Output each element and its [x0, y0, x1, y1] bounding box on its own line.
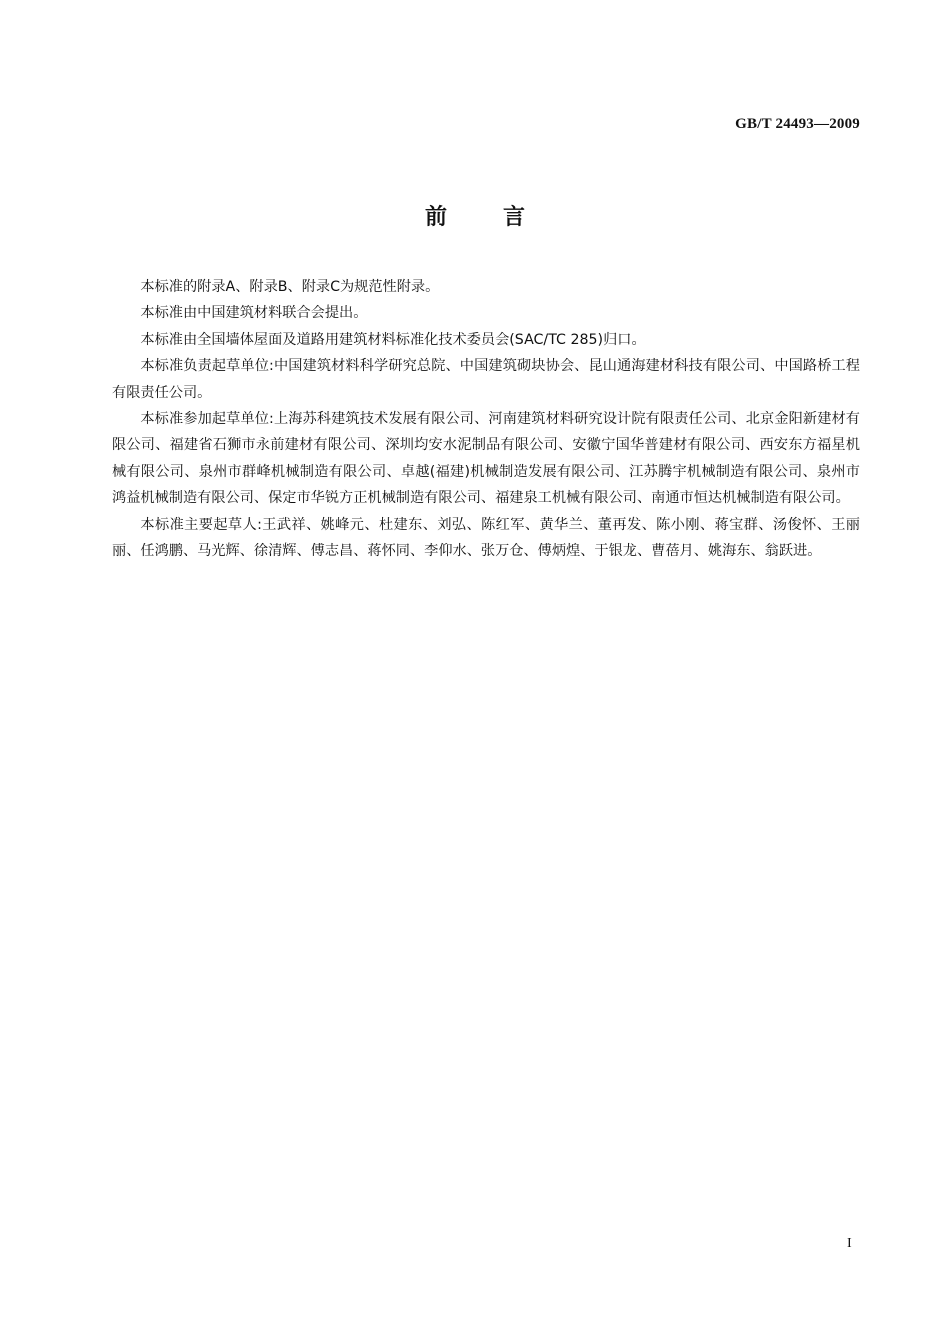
- page-number: I: [847, 1236, 852, 1252]
- title-char-1: 前: [425, 200, 447, 231]
- paragraph-participating-drafters: 本标准参加起草单位:上海苏科建筑技术发展有限公司、河南建筑材料研究设计院有限责任…: [112, 406, 860, 512]
- paragraph-main-drafters: 本标准主要起草人:王武祥、姚峰元、杜建东、刘弘、陈红军、黄华兰、董再发、陈小刚、…: [112, 512, 860, 565]
- title-char-2: 言: [503, 200, 525, 231]
- paragraph-committee: 本标准由全国墙体屋面及道路用建筑材料标准化技术委员会(SAC/TC 285)归口…: [112, 327, 860, 353]
- paragraph-lead-drafters: 本标准负责起草单位:中国建筑材料科学研究总院、中国建筑砌块协会、昆山通海建材科技…: [112, 353, 860, 406]
- page-title: 前言: [0, 200, 950, 231]
- paragraph-proposer: 本标准由中国建筑材料联合会提出。: [112, 300, 860, 326]
- foreword-body: 本标准的附录A、附录B、附录C为规范性附录。 本标准由中国建筑材料联合会提出。 …: [112, 274, 860, 564]
- paragraph-appendix: 本标准的附录A、附录B、附录C为规范性附录。: [112, 274, 860, 300]
- standard-code: GB/T 24493—2009: [735, 116, 860, 133]
